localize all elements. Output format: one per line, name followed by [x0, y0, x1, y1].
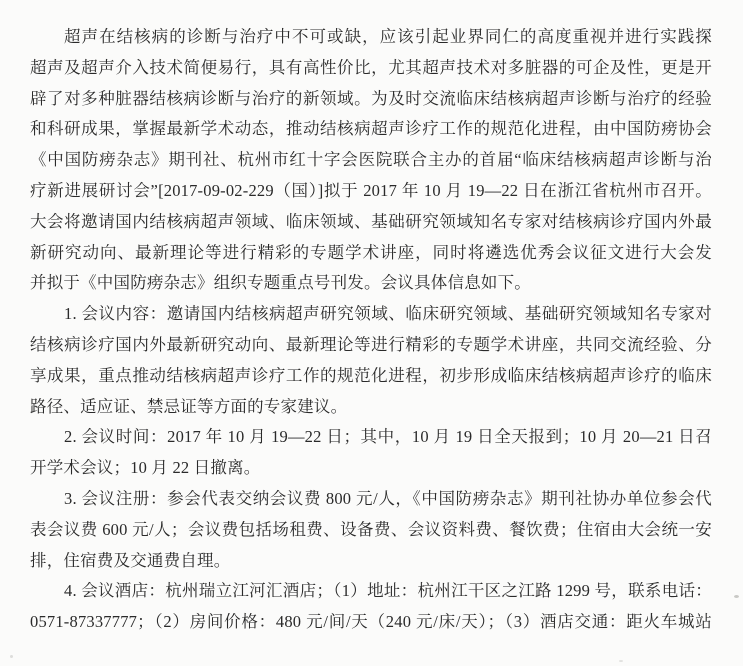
text-line: 辟了对多种脏器结核病诊断与治疗的新领域。为及时交流临床结核病超声诊断与治疗的经验: [30, 84, 712, 115]
text-line: 结核病诊疗国内外最新研究动向、最新理论等进行精彩的专题学术讲座，共同交流经验、分: [30, 330, 712, 361]
text-line: 0571-87337777；（2）房间价格：480 元/间/天（240 元/床/…: [30, 607, 712, 638]
document-body: 超声在结核病的诊断与治疗中不可或缺，应该引起业界同仁的高度重视并进行实践探索。超…: [30, 22, 712, 638]
text-line: 超声在结核病的诊断与治疗中不可或缺，应该引起业界同仁的高度重视并进行实践探索。: [30, 22, 712, 53]
text-line: 疗新进展研讨会”[2017-09-02-229（国）]拟于 2017 年 10 …: [30, 176, 712, 207]
scan-artifact: [10, 655, 13, 658]
text-line: 1. 会议内容：邀请国内结核病超声研究领域、临床研究领域、基础研究领域知名专家对: [30, 299, 712, 330]
text-line: 新研究动向、最新理论等进行精彩的专题学术讲座，同时将遴选优秀会议征文进行大会发言…: [30, 238, 712, 269]
text-line: 《中国防痨杂志》期刊社、杭州市红十字会医院联合主办的首届“临床结核病超声诊断与治: [30, 145, 712, 176]
scanned-document-page: 超声在结核病的诊断与治疗中不可或缺，应该引起业界同仁的高度重视并进行实践探索。超…: [0, 0, 743, 666]
text-line: 和科研成果，掌握最新学术动态，推动结核病超声诊疗工作的规范化进程，由中国防痨协会: [30, 114, 712, 145]
text-line: 享成果，重点推动结核病超声诊疗工作的规范化进程，初步形成临床结核病超声诊疗的临床: [30, 361, 712, 392]
text-line: 3. 会议注册：参会代表交纳会议费 800 元/人，《中国防痨杂志》期刊社协办单…: [30, 484, 712, 515]
text-line: 路径、适应证、禁忌证等方面的专家建议。: [30, 392, 712, 423]
scan-artifact: [619, 660, 623, 662]
text-line: 大会将邀请国内结核病超声领域、临床领域、基础研究领域知名专家对结核病诊疗国内外最: [30, 207, 712, 238]
text-line: 开学术会议；10 月 22 日撤离。: [30, 453, 712, 484]
text-line: 2. 会议时间：2017 年 10 月 19—22 日；其中，10 月 19 日…: [30, 422, 712, 453]
text-line: 排，住宿费及交通费自理。: [30, 546, 712, 577]
text-line: 表会议费 600 元/人；会议费包括场租费、设备费、会议资料费、餐饮费；住宿由大…: [30, 515, 712, 546]
scan-artifact: [734, 595, 739, 598]
text-line: 超声及超声介入技术简便易行，具有高性价比，尤其超声技术对多脏器的可企及性，更是开: [30, 53, 712, 84]
text-line: 并拟于《中国防痨杂志》组织专题重点号刊发。会议具体信息如下。: [30, 268, 712, 299]
text-line: 4. 会议酒店：杭州瑞立江河汇酒店；（1）地址：杭州江干区之江路 1299 号，…: [30, 576, 712, 607]
